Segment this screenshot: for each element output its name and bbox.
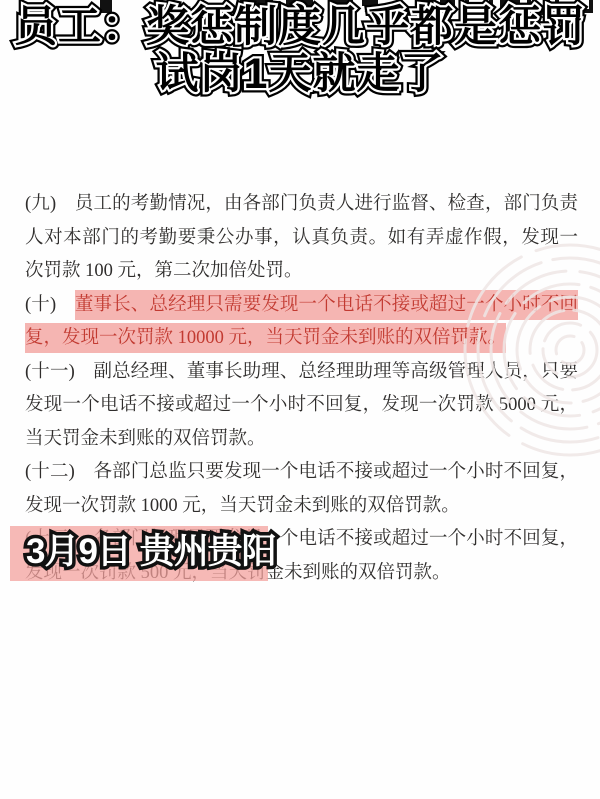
clause-text: 员工的考勤情况，由各部门负责人进行监督、检查，部门负责人对本部门的考勤要秉公办事… [25, 194, 578, 281]
clause-paragraph-12: (十二) 各部门总监只要发现一个电话不接或超过一个小时不回复，发现一次罚款 10… [25, 456, 578, 523]
headline-line1: 员工：奖惩制度几乎都是惩罚 员工：奖惩制度几乎都是惩罚 员工：奖惩制度几乎都是惩… [0, 4, 600, 51]
clause-number: (十二) [25, 462, 94, 482]
date-location-fill: 3月9日 贵州贵阳 [26, 532, 276, 572]
clause-number: (九) [25, 194, 75, 214]
clause-text: 副总经理、董事长助理、总经理助理等高级管理人员，只要发现一个电话不接或超过一个小… [25, 362, 578, 449]
clause-number: (十) [25, 295, 75, 315]
clause-paragraph-10: (十) 董事长、总经理只需要发现一个电话不接或超过一个小时不回复，发现一次罚款 … [25, 289, 578, 356]
headline-line1-fill: 员工：奖惩制度几乎都是惩罚 [14, 4, 586, 51]
clause-paragraph-9: (九) 员工的考勤情况，由各部门负责人进行监督、检查，部门负责人对本部门的考勤要… [25, 188, 578, 289]
clause-paragraph-11: (十一) 副总经理、董事长助理、总经理助理等高级管理人员，只要发现一个电话不接或… [25, 356, 578, 457]
headline-line2: 试岗1天就走了 试岗1天就走了 试岗1天就走了 [0, 51, 600, 98]
news-screenshot-page: 员工：奖惩制度几乎都是惩罚 员工：奖惩制度几乎都是惩罚 员工：奖惩制度几乎都是惩… [0, 0, 600, 799]
clause-number: (十一) [25, 362, 94, 382]
headline: 员工：奖惩制度几乎都是惩罚 员工：奖惩制度几乎都是惩罚 员工：奖惩制度几乎都是惩… [0, 4, 600, 98]
clause-text: 各部门总监只要发现一个电话不接或超过一个小时不回复，发现一次罚款 1000 元，… [25, 462, 578, 516]
clause-text-highlighted: 董事长、总经理只需要发现一个电话不接或超过一个小时不回复，发现一次罚款 1000… [25, 290, 578, 354]
headline-line2-fill: 试岗1天就走了 [156, 51, 445, 98]
date-location-badge: 3月9日 贵州贵阳 3月9日 贵州贵阳 [26, 532, 276, 572]
